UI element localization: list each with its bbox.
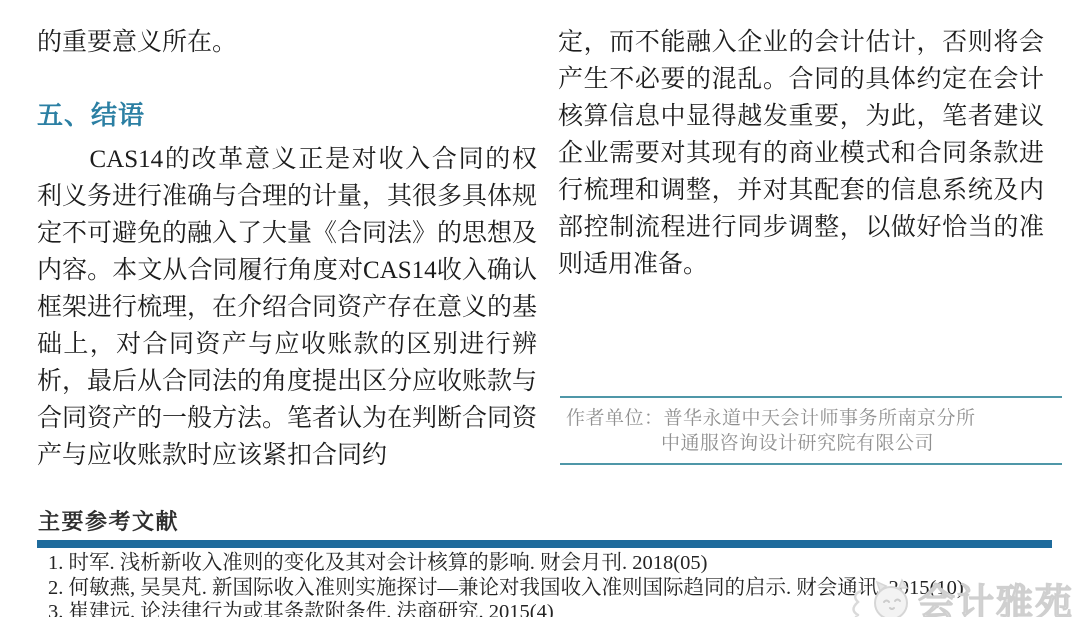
author-unit-label: 作者单位： <box>566 408 664 429</box>
watermark: 会计雅苑 <box>846 575 1074 617</box>
right-column: 定，而不能融入企业的会计估计，否则将会产生不必要的混乱。合同的具体约定在会计核算… <box>558 24 1044 283</box>
conclusion-paragraph-left: CAS14的改革意义正是对收入合同的权利义务进行准确与合理的计量，其很多具体规定… <box>37 141 537 474</box>
paragraph-continuation: 的重要意义所在。 <box>37 24 537 61</box>
cat-mascot-icon <box>846 575 916 617</box>
article-page: 的重要意义所在。 五、结语 CAS14的改革意义正是对收入合同的权利义务进行准确… <box>0 0 1080 617</box>
reference-item-1: 1. 时军. 浅析新收入准则的变化及其对会计核算的影响. 财会月刊. 2018(… <box>48 551 1053 576</box>
references-heading: 主要参考文献 <box>38 505 179 536</box>
left-column: 的重要意义所在。 五、结语 CAS14的改革意义正是对收入合同的权利义务进行准确… <box>37 24 537 474</box>
author-affiliation-row-2: 中通服咨询设计研究院有限公司 <box>566 431 1062 456</box>
author-affiliation-row-1: 作者单位：普华永道中天会计师事务所南京分所 <box>566 406 1062 431</box>
author-affiliation-2: 中通服咨询设计研究院有限公司 <box>661 433 934 454</box>
references-divider-rule <box>37 540 1052 548</box>
watermark-text: 会计雅苑 <box>918 584 1074 617</box>
author-affiliation-box: 作者单位：普华永道中天会计师事务所南京分所 中通服咨询设计研究院有限公司 <box>560 396 1062 465</box>
section-heading-conclusion: 五、结语 <box>37 97 537 134</box>
author-affiliation-1: 普华永道中天会计师事务所南京分所 <box>664 408 976 429</box>
conclusion-paragraph-right: 定，而不能融入企业的会计估计，否则将会产生不必要的混乱。合同的具体约定在会计核算… <box>558 24 1044 283</box>
